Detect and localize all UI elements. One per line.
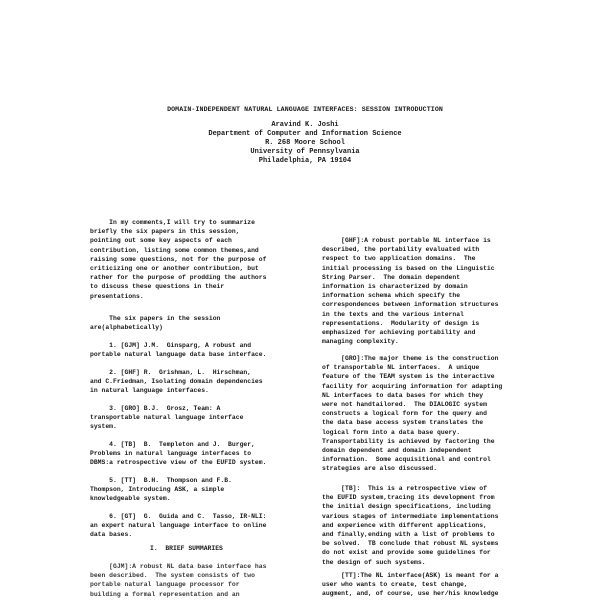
intro-paragraph: In my comments,I will try to summarize b… xyxy=(90,218,266,301)
paper-list-item: 4. [TB] B. Templeton and J. Burger, Prob… xyxy=(90,440,266,468)
paper-list-item: 6. [GT] G. Guida and C. Tasso, IR-NLI: a… xyxy=(90,512,266,540)
affiliation-line: University of Pennsylvania xyxy=(130,148,480,157)
summary-gjm-paragraph: [GJM]:A robust NL data base interface ha… xyxy=(90,562,266,599)
summary-gro-paragraph: [GRO]:The major theme is the constructio… xyxy=(322,354,502,474)
paper-title: DOMAIN-INDEPENDENT NATURAL LANGUAGE INTE… xyxy=(130,106,480,113)
affiliation-line: R. 268 Moore School xyxy=(130,139,480,148)
paper-list-item: 1. [GJM] J.M. Ginsparg, A robust and por… xyxy=(90,341,266,359)
paper-list-item: 3. [GRO] B.J. Grosz, Team: A transportab… xyxy=(90,404,243,432)
summary-tt-paragraph: [TT]:The NL interface(ASK) is meant for … xyxy=(322,571,498,599)
author-block: Aravind K. Joshi Department of Computer … xyxy=(130,121,480,166)
papers-intro-paragraph: The six papers in the session are(alphab… xyxy=(90,314,220,332)
section-heading: I. BRIEF SUMMARIES xyxy=(150,544,223,553)
paper-page: DOMAIN-INDEPENDENT NATURAL LANGUAGE INTE… xyxy=(0,0,600,600)
affiliation-line: Philadelphia, PA 19104 xyxy=(130,157,480,166)
paper-list-item: 5. [TT] B.H. Thompson and F.B. Thompson,… xyxy=(90,476,232,504)
paper-list-item: 2. [GHF] R. Grishman, L. Hirschman, and … xyxy=(90,368,263,396)
summary-ghf-paragraph: [GHF]:A robust portable NL interface is … xyxy=(322,236,498,346)
author-name: Aravind K. Joshi xyxy=(130,121,480,130)
affiliation-line: Department of Computer and Information S… xyxy=(130,130,480,139)
summary-tb-paragraph: [TB]: This is a retrospective view of th… xyxy=(322,484,498,567)
